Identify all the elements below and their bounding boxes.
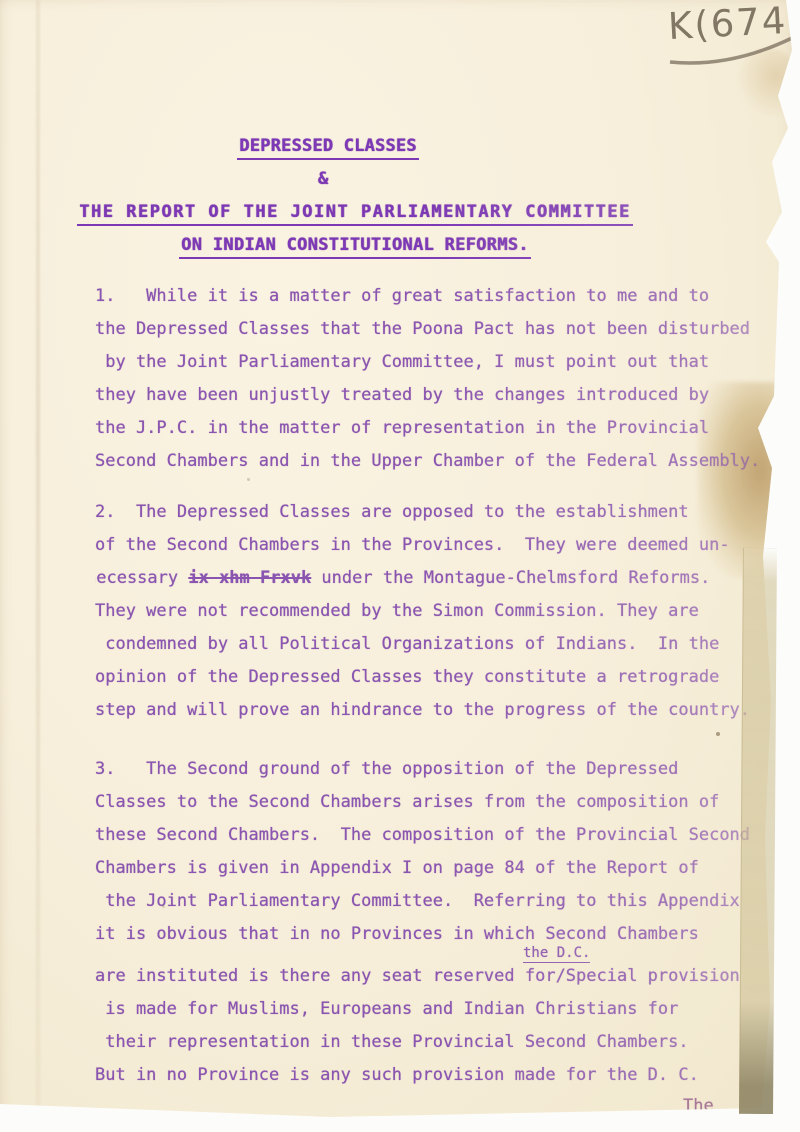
typed-line: it is obvious that in no Provinces in wh… (95, 918, 750, 951)
title-line-3-text: ON INDIAN CONSTITUTIONAL REFORMS. (179, 234, 531, 259)
title-line-3: ON INDIAN CONSTITUTIONAL REFORMS. (0, 229, 710, 262)
interlinear-insertion: the D.C. (523, 946, 590, 963)
paper-speck (716, 732, 720, 736)
title-ampersand: & (0, 163, 678, 196)
title-block: DEPRESSED CLASSES & THE REPORT OF THE JO… (0, 130, 710, 262)
typed-line: the J.P.C. in the matter of representati… (95, 412, 760, 445)
scanned-document: K(674 DEPRESSED CLASSES & THE REPORT OF … (0, 0, 800, 1132)
text-before-strikeout: necessary (86, 568, 188, 588)
paragraph-2: 2. The Depressed Classes are opposed to … (95, 496, 750, 727)
typed-line-text: are instituted is there any seat reserve… (95, 966, 740, 986)
typed-line: They were not recommended by the Simon C… (95, 595, 750, 628)
typed-line-with-strikeout: necessary ix xhm Frxvk under the Montagu… (86, 562, 741, 595)
paragraph-1: 1. While it is a matter of great satisfa… (95, 280, 760, 478)
typed-line: they have been unjustly treated by the c… (95, 379, 760, 412)
typed-line: of the Second Chambers in the Provinces.… (95, 529, 750, 562)
typed-line: by the Joint Parliamentary Committee, I … (95, 346, 760, 379)
typed-line: Chambers is given in Appendix I on page … (95, 852, 750, 885)
typed-line: step and will prove an hindrance to the … (95, 694, 750, 727)
catchword: The (683, 1096, 714, 1116)
typed-line: opinion of the Depressed Classes they co… (95, 661, 750, 694)
title-line-2: THE REPORT OF THE JOINT PARLIAMENTARY CO… (0, 196, 710, 229)
typed-line: Classes to the Second Chambers arises fr… (95, 786, 750, 819)
typed-line: the Joint Parliamentary Committee. Refer… (95, 885, 750, 918)
typed-line: the Depressed Classes that the Poona Pac… (95, 313, 760, 346)
typed-line: their representation in these Provincial… (95, 1026, 750, 1059)
typed-line: 1. While it is a matter of great satisfa… (95, 280, 760, 313)
paper-speck (162, 905, 165, 908)
torn-edge-fold (739, 548, 777, 1114)
text-after-strikeout: under the Montague-Chelmsford Reforms. (311, 568, 710, 588)
typed-line: But in no Province is any such provision… (95, 1059, 750, 1092)
handwritten-ref-mark: K(674 (667, 0, 788, 48)
typed-line: these Second Chambers. The composition o… (95, 819, 750, 852)
paper-sheet: K(674 DEPRESSED CLASSES & THE REPORT OF … (0, 0, 800, 1132)
paper-speck (247, 478, 250, 481)
typed-line: is made for Muslims, Europeans and India… (95, 993, 750, 1026)
paragraph-3: 3. The Second ground of the opposition o… (95, 753, 750, 1092)
struck-out-text: ix xhm Frxvk (188, 568, 311, 588)
typed-line: 3. The Second ground of the opposition o… (95, 753, 750, 786)
corner-stain (738, 48, 800, 118)
typed-line: 2. The Depressed Classes are opposed to … (95, 496, 750, 529)
typed-line: Second Chambers and in the Upper Chamber… (95, 445, 760, 478)
title-line-1-text: DEPRESSED CLASSES (237, 135, 418, 160)
typed-line-with-insertion: the D.C.are instituted is there any seat… (95, 960, 750, 993)
typed-line: condemned by all Political Organizations… (95, 628, 750, 661)
title-line-1: DEPRESSED CLASSES (0, 130, 683, 163)
title-line-2-text: THE REPORT OF THE JOINT PARLIAMENTARY CO… (77, 201, 633, 226)
